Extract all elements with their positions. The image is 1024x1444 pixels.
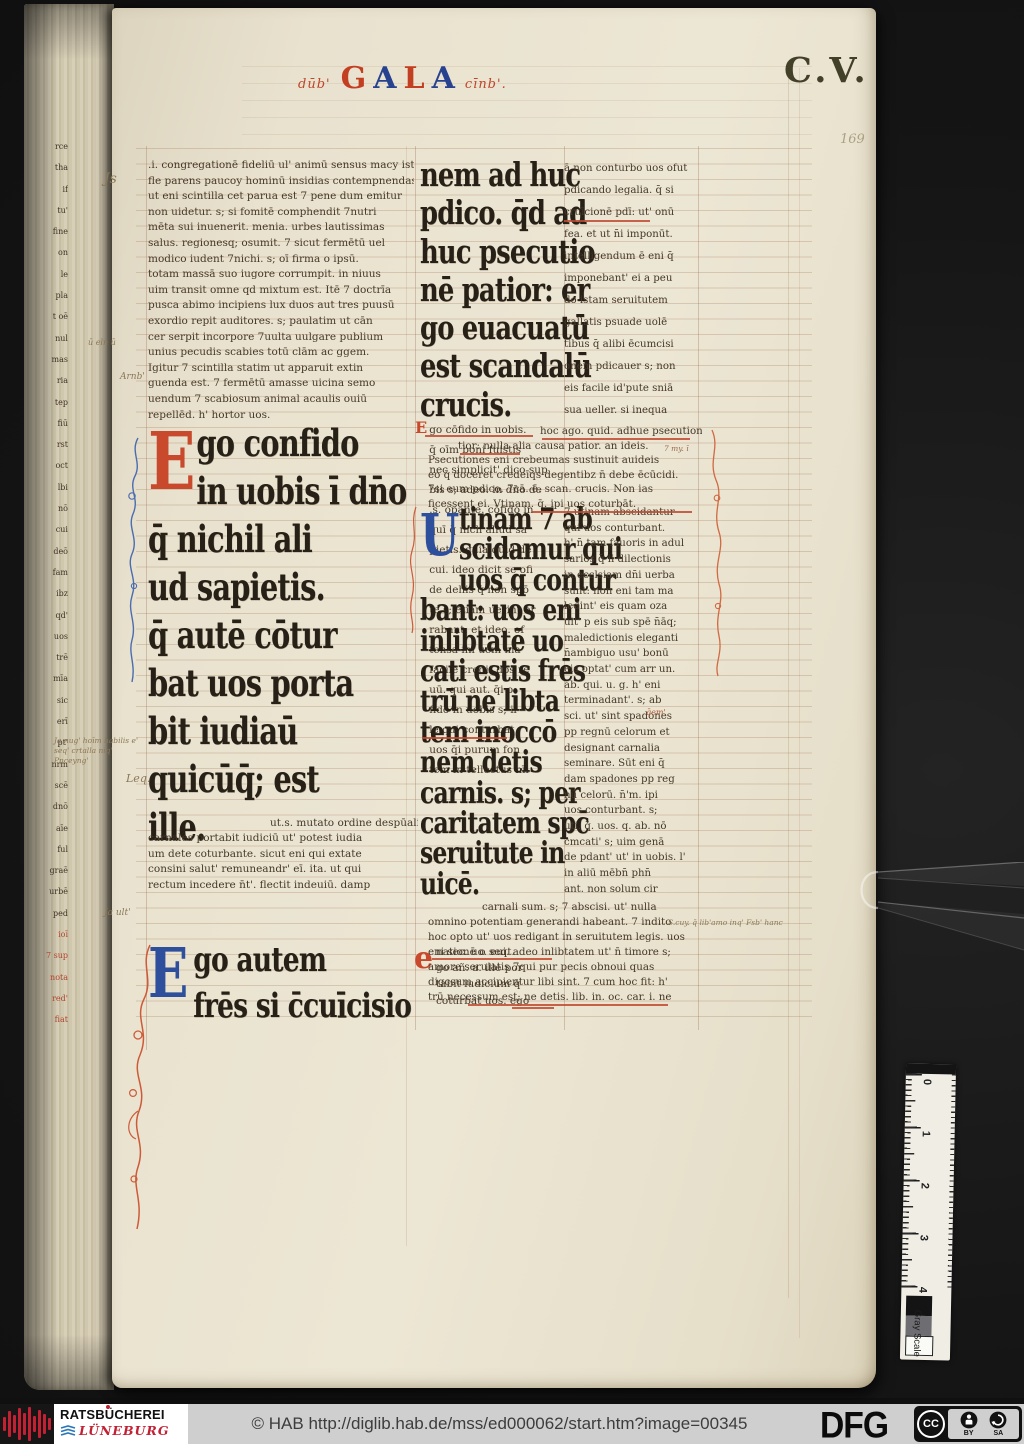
cc-icon: CC [917,1410,945,1438]
text-line: maledictionis eleganti [564,631,704,647]
text-line: urbē [26,887,68,908]
text-line: q̄em' [646,708,666,718]
cc-sa-item: SA [989,1411,1007,1437]
text-line: lbi [26,483,68,504]
text-line: Ja ult' [104,908,131,918]
text-line: terminadant'. s; ab [564,693,704,709]
text-line: graē [26,866,68,887]
text-line: uos [26,632,68,653]
gloss-block-col1-bottom: ut.s. mutato ordine despūalibz sctīscarn… [148,816,418,893]
text-line: cati estis frēs [420,657,570,687]
text-line: Psecutiones eni crebeumas sustinuit auid… [428,453,702,468]
folio-number: 169 [840,132,865,147]
text-line: non uidetur. s; si fomitē comphendit 7nu… [148,205,414,221]
facing-page-text-fragments: rcethaiftu'fineonleplat oēnulmasriatepfi… [26,142,68,1036]
text-line: tem inoccō [420,718,570,748]
text-line: uos q̄ contur [420,566,570,596]
text-line: h' n̄ tam fauoris in adul [564,536,704,552]
by-label: BY [964,1430,974,1437]
text-line: um dete coturbante. sicut eni qui extate [148,847,418,862]
text-line: uicē. [420,870,570,900]
text-line: fle parens paucoy hominū insidias contem… [148,174,414,190]
lemma-utinam: U tinam 7 abscidamur quiuos q̄ conturban… [420,505,570,900]
text-line: sunt: non eni tam ma [564,584,704,600]
text-line: est scandalū [420,347,570,385]
text-line: uendum 7 scabiosum animal acaulis ouiū [148,392,414,408]
gloss-block-col2-side2: 7 utinam abscidanturqui uos conturbant.h… [564,505,704,898]
text-line: mēta sui inuenerit. menia. urbes lautiss… [148,220,414,236]
text-line: if [26,185,68,206]
cc-license-panel: BY SA [948,1409,1019,1439]
text-line: ibz [26,589,68,610]
text-line: guenda est. 7 fermētū amasse uicina semo [148,376,414,392]
text-line: nē patior: er [420,271,570,309]
text-line: go euacuatū [420,309,570,347]
text-line: uos conturbant. s; [564,803,704,819]
text-line: trē [26,653,68,674]
library-wordmark: RATSBÜCHEREI LÜNEBURG [54,1404,188,1444]
text-line: eo q̄ doceret credeīqs degentibz n̄ debe… [428,468,702,483]
text-line: ria [26,376,68,397]
text-line: de pdant' ut' in uobis. l' [564,850,704,866]
text-line: seruitute in [420,839,570,869]
text-line: 7 my. ī [664,444,689,454]
text-line: rce [26,142,68,163]
text-line: rst [26,440,68,461]
text-line: Igitur 7 scintilla statim ut apparuit ex… [148,361,414,377]
running-title-left: dūb' [298,77,331,92]
text-line: q̄ nichil ali [148,516,413,564]
text-line: ā non conturbo uos ofut [564,158,704,180]
red-underline [564,220,650,222]
red-underline [468,1004,668,1006]
text-line: carnali sum. s; 7 abscisi. ut' nulla [428,900,706,915]
share-alike-icon [989,1411,1007,1429]
text-line: scē [26,781,68,802]
text-line: Arnb' [120,372,145,382]
gloss-block-col2-side: ā non conturbo uos ofutpdicando legalia.… [564,158,704,422]
text-line: pdicando legalia. q̄ si [564,180,704,202]
ruler-number: 0 [921,1079,933,1085]
text-line: fiū [26,419,68,440]
text-line: uit' p eis sub spē n̄āq; [564,615,704,631]
text-line: cmcati' s; uim genā [564,835,704,851]
initial-E-red: E [148,420,196,514]
text-line: ped [26,909,68,930]
gloss-block-col2-bottom: carnali sum. s; 7 abscisi. ut' nullaomni… [428,900,706,1005]
text-line: .i. congregationē fideliū ul' animū sens… [148,158,414,174]
text-line: S.cuy. q̄ lib'amo inq' Fsb' hanc [668,918,814,928]
text-line: tior: nulla alia causa patior. an ideis. [428,439,702,454]
text-line: omnino potentiam generandi habeant. 7 in… [428,915,706,930]
red-underline [512,1007,554,1009]
text-line: fiat [26,1015,68,1036]
text-line: on [26,248,68,269]
gray-scale-ruler: 0 1 2 3 4 Gray Scale [900,1064,956,1361]
book-page-edges: rcethaiftu'fineonleplat oēnulmasriatepfi… [24,4,114,1390]
running-title-letters: GALA [341,64,455,94]
ratsbuecherei-logo: RATSBÜCHEREI LÜNEBURG [0,1404,188,1444]
text-line: mīa [26,674,68,695]
running-title: dūb' GALA cīnb'. [298,64,507,94]
attribution-bar: RATSBÜCHEREI LÜNEBURG © HAB http://digli… [0,1404,1024,1444]
text-line: fine [26,227,68,248]
text-line: ud sapietis. [148,564,413,612]
lemma-ego-confido: E go confidoin uobis ī dn̄oq̄ nichil ali… [148,420,413,852]
text-line: inlibtatē uo [420,627,570,657]
text-line: uti. q̄. uos. q. ab. nō [564,819,704,835]
text-line: pdico. q̄d ad [420,194,570,232]
text-line: pla [26,291,68,312]
text-line: in ecclsiam dn̄i uerba [564,568,704,584]
text-line: qd' [26,611,68,632]
text-line: trū ne libta [420,687,570,717]
text-line: tha [26,163,68,184]
text-line: intelligendum ē eni q̄ [564,246,704,268]
margin-guide [788,68,789,1298]
text-line: A [373,64,396,94]
text-line: fam [26,568,68,589]
text-line: 7 sup [26,951,68,972]
library-bars-icon [0,1404,54,1444]
red-underline [532,511,692,513]
text-line: salus. regionesq; osumit. 7 sicut fermēt… [148,236,414,252]
text-line: dnō [26,802,68,823]
red-underline [425,435,533,437]
text-line: nem ad huc [420,156,570,194]
text-line: 7si eum pdico. 7cā. ē. scan. crucis. Non… [428,482,702,497]
text-line: dam spadones pp reg [564,772,704,788]
text-line: sarios q̄ ii dilectionis [564,552,704,568]
text-line: G [341,64,367,94]
red-pen-flourish-right [704,428,726,678]
text-line: modico iudent 7nichi. s; oī firma o ipsū… [148,252,414,268]
text-line: nū celorū. n̄'m. ipi [564,788,704,804]
grayscale-label: Gray Scale [911,1310,923,1357]
text-line: amore seruiatis 7qui pur pecis obnoui qu… [428,960,706,975]
text-line: nul [26,334,68,355]
text-line: quicūq̄; est [148,756,413,804]
text-line: ab. qui. u. g. h' eni [564,678,704,694]
text-line: totam massā suo iugore corrumpit. in niu… [148,267,414,283]
text-line: fea. et ut n̄i imponūt. [564,224,704,246]
person-icon [960,1411,978,1429]
text-line: do istam seruitutem [564,290,704,312]
text-line: exordio repit auditores. s; paulatim ut … [148,314,414,330]
text-line: ledint' eis quam oza [564,599,704,615]
text-line: deō [26,547,68,568]
text-line: Js [104,174,117,184]
plastic-page-holder [838,862,1024,952]
ruler-number: 2 [919,1183,931,1189]
text-line: A [432,64,455,94]
red-underline [542,438,690,440]
column-guide [146,146,147,1050]
text-line: Leq. [126,774,150,784]
text-line: 7 utinam abscidantur [564,505,704,521]
text-line: oct [26,461,68,482]
text-line: rectum incedere n̄t'. flectit indeuiū. d… [148,878,418,893]
text-line: Ja nug' hoīm habilis e' seq' crtalla niq… [54,736,146,766]
text-line: caritatem spc̄ [420,809,570,839]
cc-by-sa-badge: CC BY SA [914,1406,1022,1442]
text-line: cer serpit incorpore 7uulta uulgare publ… [148,330,414,346]
text-line: ū eln̄ ū [88,338,116,348]
copyright-url: © HAB http://diglib.hab.de/mss/ed000062/… [190,1404,809,1444]
text-line: nem detis [420,748,570,778]
text-line: onem pdicauer s; non [564,356,704,378]
cc-by-item: BY [960,1411,978,1437]
text-line: sci. ut' sint spadones [564,709,704,725]
chapter-number: C.V. [784,50,869,91]
text-line: in aliū mēbn̄ phn̄ [564,866,704,882]
library-city: LÜNEBURG [79,1423,170,1438]
running-title-right: cīnb'. [465,77,507,92]
text-line: le [26,270,68,291]
text-line: bant: uos eni [420,596,570,626]
text-line: carnis. s; per [420,779,570,809]
text-line: imponebant' ei a peu [564,268,704,290]
text-line: red' [26,994,68,1015]
text-line: t oē [26,312,68,333]
text-line: unius pecudis scabies totū clām ac ggem. [148,345,414,361]
text-line: aīe [26,824,68,845]
text-line: nota [26,973,68,994]
text-line: huc psecutio [420,233,570,271]
text-line: ful [26,845,68,866]
text-line: nō [26,504,68,525]
text-line: ut.s. mutato ordine despūalibz sctīs [148,816,418,831]
gloss-block-col1-top: .i. congregationē fideliū ul' animū sens… [148,158,414,423]
initial-U-blue: U [420,505,459,567]
text-line: tep [26,398,68,419]
text-line: designant carnalia [564,741,704,757]
red-underline [432,958,552,960]
text-line: mas [26,355,68,376]
text-line: trū necessum est; ne detis. lib. in. oc.… [428,990,706,1005]
ruler-ticks [901,1074,955,1289]
blue-pen-flourish [126,436,146,686]
photo-background: rcethaiftu'fineonleplat oēnulmasriatepfi… [0,0,1024,1398]
red-underline [460,453,520,455]
text-line: qui uos conturbant. [564,521,704,537]
ruler-number: 4 [916,1287,928,1293]
text-line: n̄ambiguo usu' bonū [564,646,704,662]
sa-label: SA [993,1430,1003,1437]
text-line: hoc opto ut' uos redigant in seruitutem … [428,930,706,945]
red-underline [422,737,507,739]
text-line: uim transit omne qd mixtum est. Itē 7 do… [148,283,414,299]
book-waves-icon [60,1425,76,1437]
text-line: crucis. [420,386,570,424]
text-line: seminare. Sūt eni q̄ [564,756,704,772]
u-umlaut-dot [106,1405,110,1409]
text-line: sic [26,696,68,717]
text-line: consini salut' remuneandr' eī. ita. ut q… [148,862,418,877]
lemma-ego-autem: E go autemfrēs si c̄cuīcisio [148,938,413,1030]
text-line: q̄ autē cōtur [148,612,413,660]
text-line: eis facile id'pute sniā [564,378,704,400]
ruler-number: 3 [917,1235,929,1241]
text-line: tibus q̄ alibi ēcumcisi [564,334,704,356]
dfg-logo: DFG [820,1402,888,1444]
margin-guide [799,68,800,1338]
text-line: gallatis psuade uolē [564,312,704,334]
text-line: eis optat' cum arr un. [564,662,704,678]
text-line: pusca abimo incipiens lux duos aut tres … [148,298,414,314]
initial-E-blue: E [148,938,193,1030]
text-line: bat uos porta [148,660,413,708]
text-line: carnales portabit iudiciū ut' potest iud… [148,831,418,846]
text-line: bit iudiaū [148,708,413,756]
library-name: RATSBÜCHEREI [60,1407,184,1422]
text-line: sua ueller. si inequa [564,400,704,422]
text-line: ant. non solum cir [564,882,704,898]
text-line: pp regnū celorum et [564,725,704,741]
text-line: digcsum accipientur libi sint. 7 cum hoc… [428,975,706,990]
manuscript-page: dūb' GALA cīnb'. C.V. 169 .i. congregati… [112,8,876,1388]
text-line: L [404,64,425,94]
text-line: tu' [26,206,68,227]
ruler-number: 1 [920,1131,932,1137]
text-line: ut eni scintilla cet parua est 7 pene du… [148,189,414,205]
lemma-nem-adhuc: nem ad hucpdico. q̄d adhuc psecutionē pa… [420,156,570,424]
text-line: cui [26,525,68,546]
text-line: ioī [26,930,68,951]
